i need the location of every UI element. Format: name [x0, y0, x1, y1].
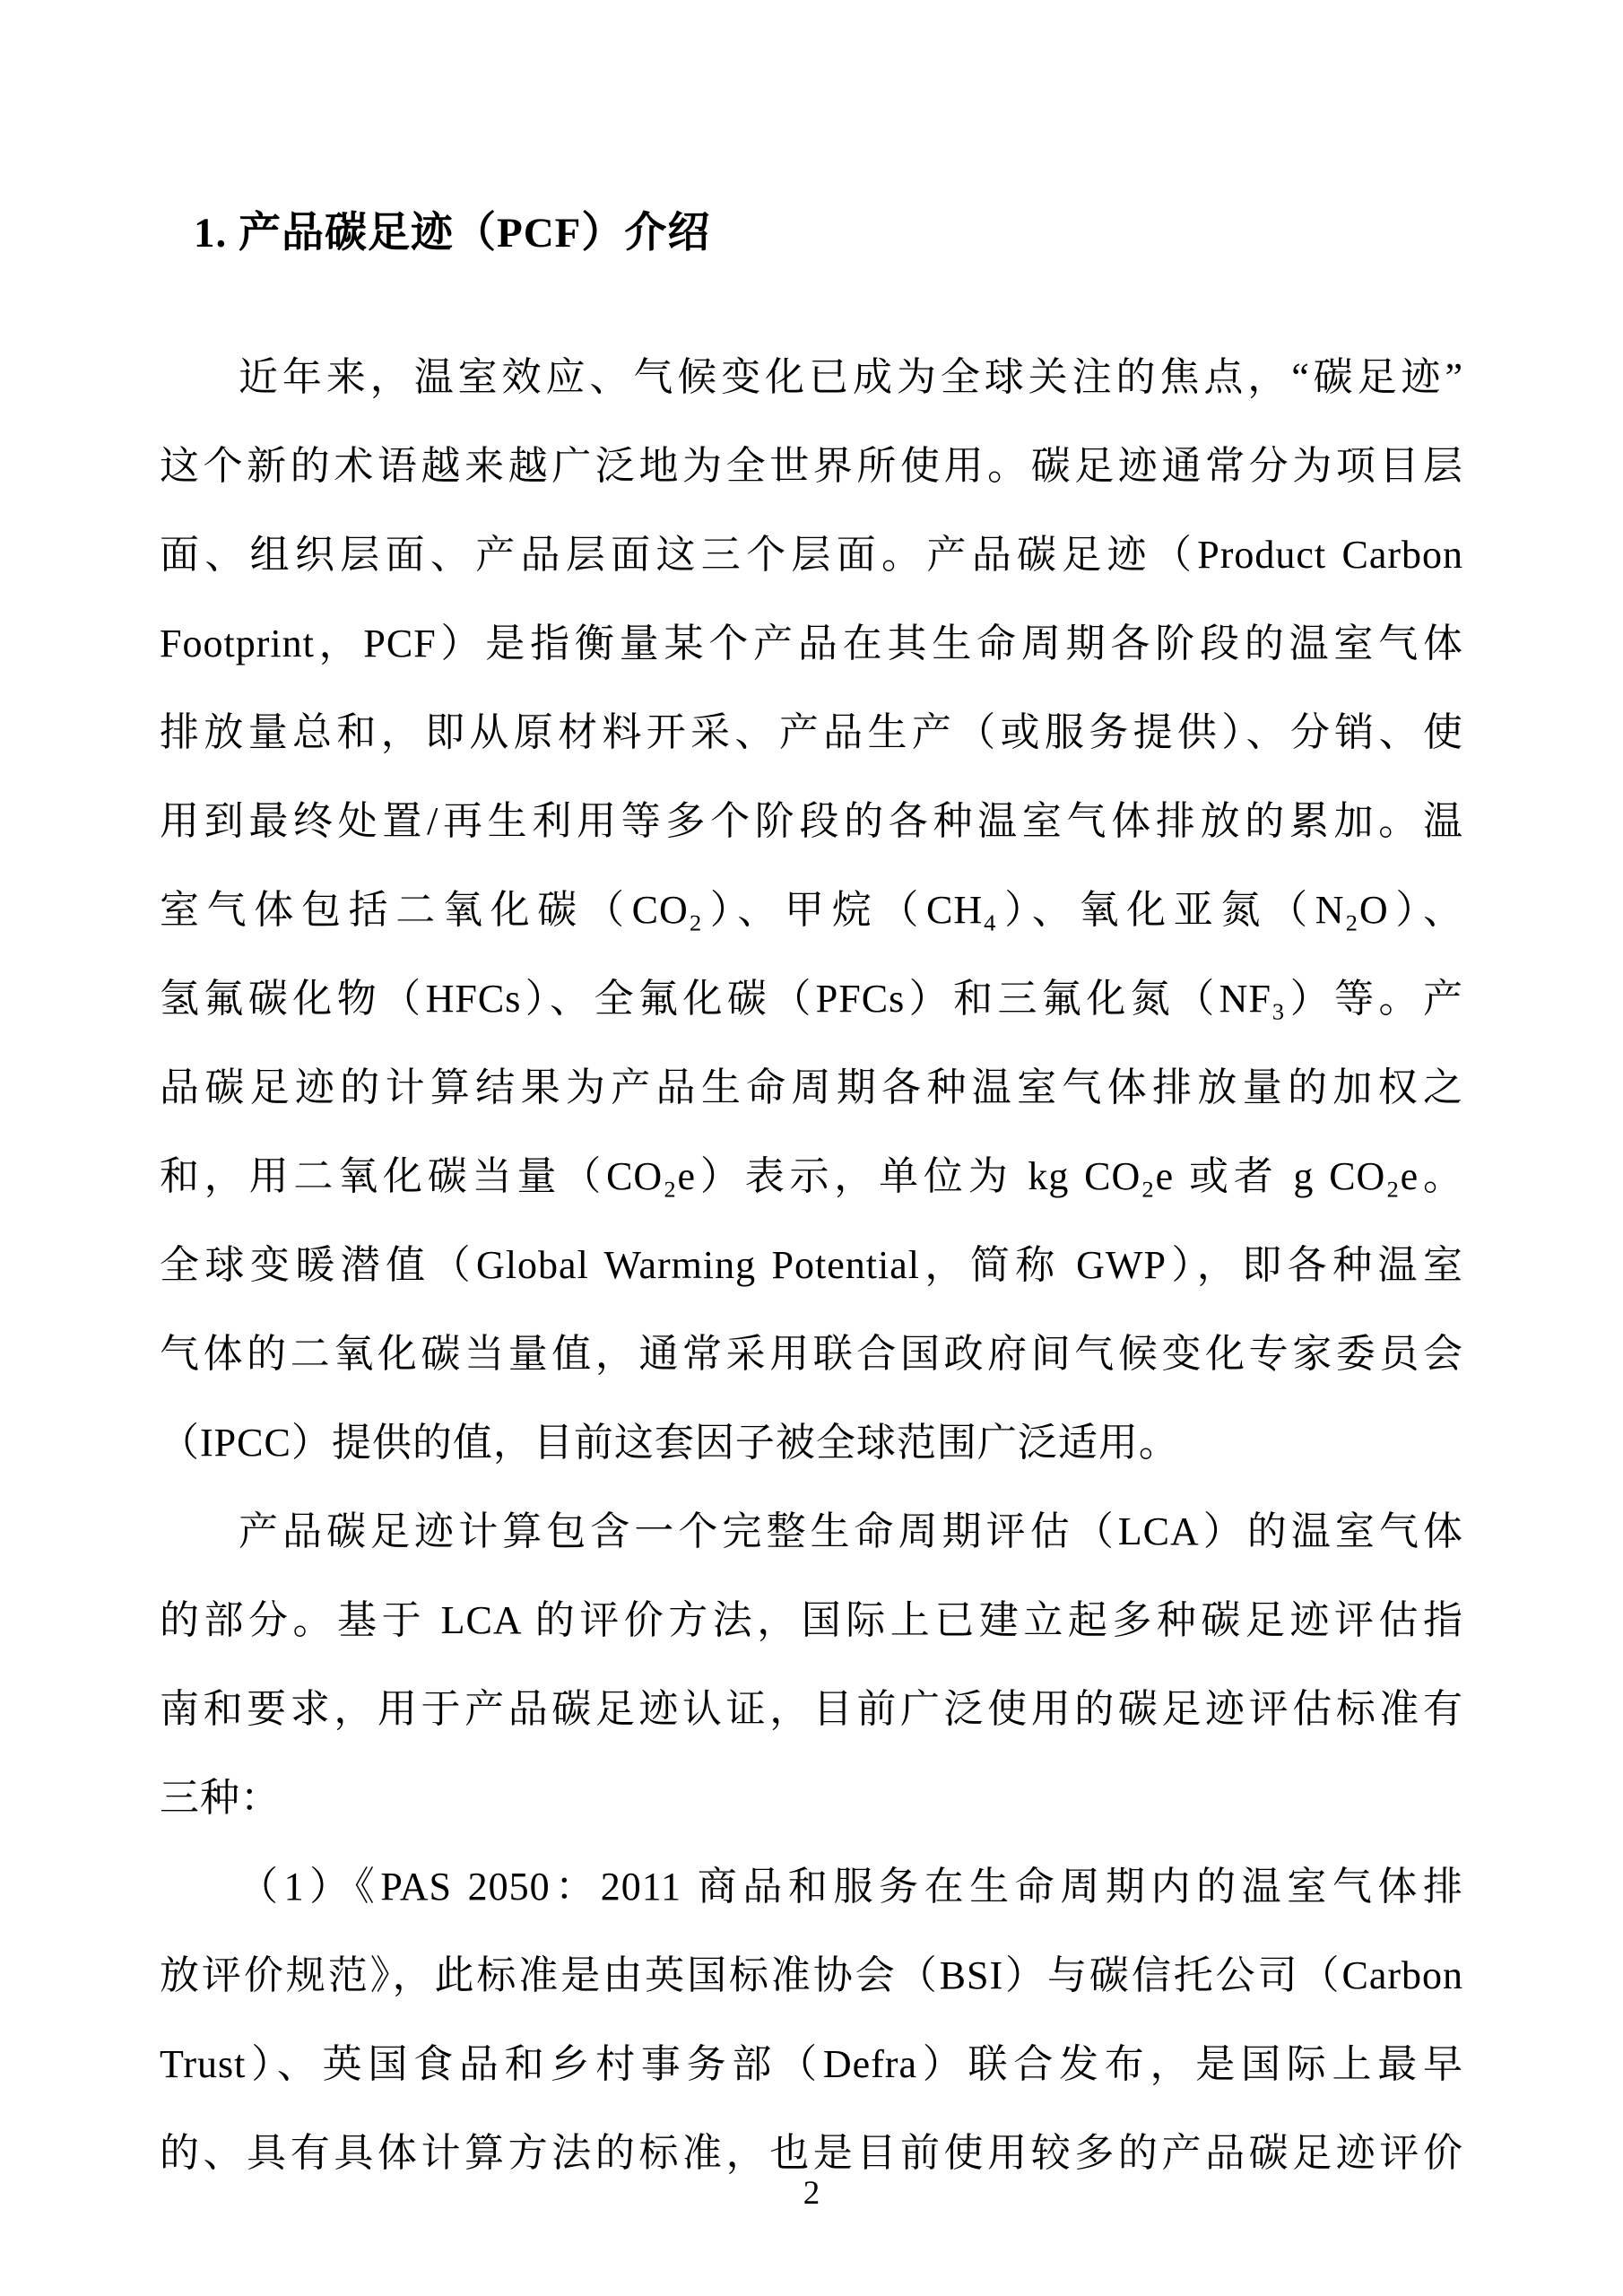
text-line: 品碳足迹的计算结果为产品生命周期各种温室气体排放量的加权之	[160, 1043, 1463, 1132]
text-line: 室气体包括二氧化碳（CO₂）、甲烷（CH₄）、氧化亚氮（N₂O）、	[160, 865, 1463, 954]
text-line: 面、组织层面、产品层面这三个层面。产品碳足迹（Product Carbon	[160, 510, 1463, 599]
text-line: Footprint，PCF）是指衡量某个产品在其生命周期各阶段的温室气体	[160, 599, 1463, 688]
text-line: 近年来，温室效应、气候变化已成为全球关注的焦点，“碳足迹”	[160, 333, 1463, 422]
text-line: 用到最终处置/再生利用等多个阶段的各种温室气体排放的累加。温	[160, 777, 1463, 865]
text-line: 气体的二氧化碳当量值，通常采用联合国政府间气候变化专家委员会	[160, 1309, 1463, 1398]
text-line: 产品碳足迹计算包含一个完整生命周期评估（LCA）的温室气体	[160, 1487, 1463, 1576]
document-body: 近年来，温室效应、气候变化已成为全球关注的焦点，“碳足迹”这个新的术语越来越广泛…	[160, 333, 1463, 2197]
paragraph: （1）《PAS 2050：2011 商品和服务在生命周期内的温室气体排放评价规范…	[160, 1842, 1463, 2197]
text-line: 这个新的术语越来越广泛地为全世界所使用。碳足迹通常分为项目层	[160, 422, 1463, 510]
document-page: 1. 产品碳足迹（PCF）介绍 近年来，温室效应、气候变化已成为全球关注的焦点，…	[0, 0, 1623, 2296]
text-line: 放评价规范》，此标准是由英国标准协会（BSI）与碳信托公司（Carbon	[160, 1931, 1463, 2020]
text-line: （1）《PAS 2050：2011 商品和服务在生命周期内的温室气体排	[160, 1842, 1463, 1931]
text-line: 南和要求，用于产品碳足迹认证，目前广泛使用的碳足迹评估标准有	[160, 1665, 1463, 1753]
text-line: （IPCC）提供的值，目前这套因子被全球范围广泛适用。	[160, 1398, 1463, 1487]
section-heading: 1. 产品碳足迹（PCF）介绍	[194, 211, 1463, 257]
paragraph: 近年来，温室效应、气候变化已成为全球关注的焦点，“碳足迹”这个新的术语越来越广泛…	[160, 333, 1463, 1487]
text-line: 和，用二氧化碳当量（CO₂e）表示，单位为 kg CO₂e 或者 g CO₂e。	[160, 1132, 1463, 1221]
text-line: 全球变暖潜值（Global Warming Potential，简称 GWP），…	[160, 1221, 1463, 1309]
text-line: 的部分。基于 LCA 的评价方法，国际上已建立起多种碳足迹评估指	[160, 1576, 1463, 1665]
text-line: 排放量总和，即从原材料开采、产品生产（或服务提供）、分销、使	[160, 688, 1463, 777]
page-number: 2	[0, 2177, 1623, 2210]
text-line: 氢氟碳化物（HFCs）、全氟化碳（PFCs）和三氟化氮（NF₃）等。产	[160, 954, 1463, 1043]
text-line: Trust）、英国食品和乡村事务部（Defra）联合发布，是国际上最早	[160, 2020, 1463, 2109]
paragraph: 产品碳足迹计算包含一个完整生命周期评估（LCA）的温室气体的部分。基于 LCA …	[160, 1487, 1463, 1842]
text-line: 三种：	[160, 1753, 1463, 1842]
